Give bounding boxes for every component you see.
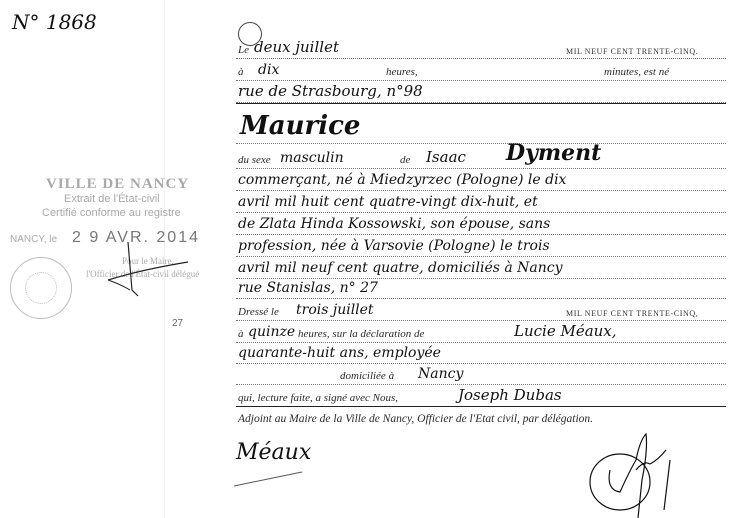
birth-hour: dix xyxy=(258,62,279,78)
separator xyxy=(236,97,726,104)
stamp-place-label: NANCY, le xyxy=(10,234,57,245)
stamp-signature-icon xyxy=(100,240,200,300)
record-number: N° 1868 xyxy=(12,10,97,34)
stamp-line1: Extrait de l'État-civil xyxy=(64,193,160,205)
father-details-1: commerçant, né à Miedzyrzec (Pologne) le… xyxy=(238,172,566,188)
line-mother-2: profession, née à Varsovie (Pologne) le … xyxy=(236,236,726,257)
stamp-city: VILLE DE NANCY xyxy=(46,176,189,193)
line-father-1: commerçant, né à Miedzyrzec (Pologne) le… xyxy=(236,170,726,191)
mother-details-3: avril mil neuf cent quatre, domiciliés à… xyxy=(238,260,563,276)
line-domicile: domiciliée à Nancy xyxy=(236,364,726,385)
father-last-name: Dyment xyxy=(506,140,601,166)
le-label: Le xyxy=(238,44,249,56)
dresse-label: Dressé le xyxy=(238,306,279,318)
minutes-label: minutes, est né xyxy=(604,66,669,78)
father-details-2: avril mil huit cent quatre-vingt dix-hui… xyxy=(238,194,538,210)
line-mother-3: avril mil neuf cent quatre, domiciliés à… xyxy=(236,258,726,279)
signature-flourish-icon xyxy=(232,470,312,490)
line-child-name: Maurice xyxy=(236,117,726,144)
declarant-details: quarante-huit ans, employée xyxy=(238,345,441,361)
separator-2 xyxy=(236,400,726,407)
birth-year: MIL NEUF CENT TRENTE-CINQ. xyxy=(566,47,698,56)
de-label: de xyxy=(400,154,410,166)
city-seal-icon xyxy=(10,257,72,319)
dresse-date: trois juillet xyxy=(296,302,374,318)
sexe-value: masculin xyxy=(280,150,344,166)
line-mother-1: de Zlata Hinda Kossowski, son épouse, sa… xyxy=(236,214,726,235)
adjoint-text: Adjoint au Maire de la Ville de Nancy, O… xyxy=(238,413,593,425)
line-mother-4: rue Stanislas, n° 27 xyxy=(236,278,726,299)
signature-declarant: Méaux xyxy=(236,440,311,465)
line-declaration: à quinze heures, sur la déclaration de L… xyxy=(236,322,726,343)
seal-inner-ring xyxy=(25,272,57,304)
father-first-name: Isaac xyxy=(426,148,466,166)
declarant-name: Lucie Méaux, xyxy=(514,322,617,340)
line-date: Le deux juillet MIL NEUF CENT TRENTE-CIN… xyxy=(236,38,726,59)
sexe-label: du sexe xyxy=(238,154,271,166)
parents-address: rue Stanislas, n° 27 xyxy=(238,280,378,296)
officer-signature-icon xyxy=(580,430,720,518)
declarant-domicile: Nancy xyxy=(418,366,463,382)
stamp-line2: Certifié conforme au registre xyxy=(42,207,181,219)
domicilie-label: domiciliée à xyxy=(340,370,394,382)
margin-note: 27 xyxy=(172,318,183,329)
declaration-label: heures, sur la déclaration de xyxy=(298,328,424,340)
child-name: Maurice xyxy=(240,111,360,141)
mother-details-2: profession, née à Varsovie (Pologne) le … xyxy=(238,238,550,254)
dresse-year: MIL NEUF CENT TRENTE-CINQ, xyxy=(566,309,698,318)
line-dresse: Dressé le trois juillet MIL NEUF CENT TR… xyxy=(236,300,726,321)
birth-date: deux juillet xyxy=(254,38,339,56)
line-father-2: avril mil huit cent quatre-vingt dix-hui… xyxy=(236,192,726,213)
line-sexe: du sexe masculin de Isaac Dyment xyxy=(236,148,726,169)
line-declarant-2: quarante-huit ans, employée xyxy=(236,343,726,364)
line-hour: à dix heures, minutes, est né xyxy=(236,60,726,81)
heures-label: heures, xyxy=(386,66,418,78)
a-label: à xyxy=(238,66,244,78)
a2-label: à xyxy=(238,328,244,340)
dresse-hour: quinze xyxy=(248,324,295,340)
mother-details-1: de Zlata Hinda Kossowski, son épouse, sa… xyxy=(238,216,550,232)
